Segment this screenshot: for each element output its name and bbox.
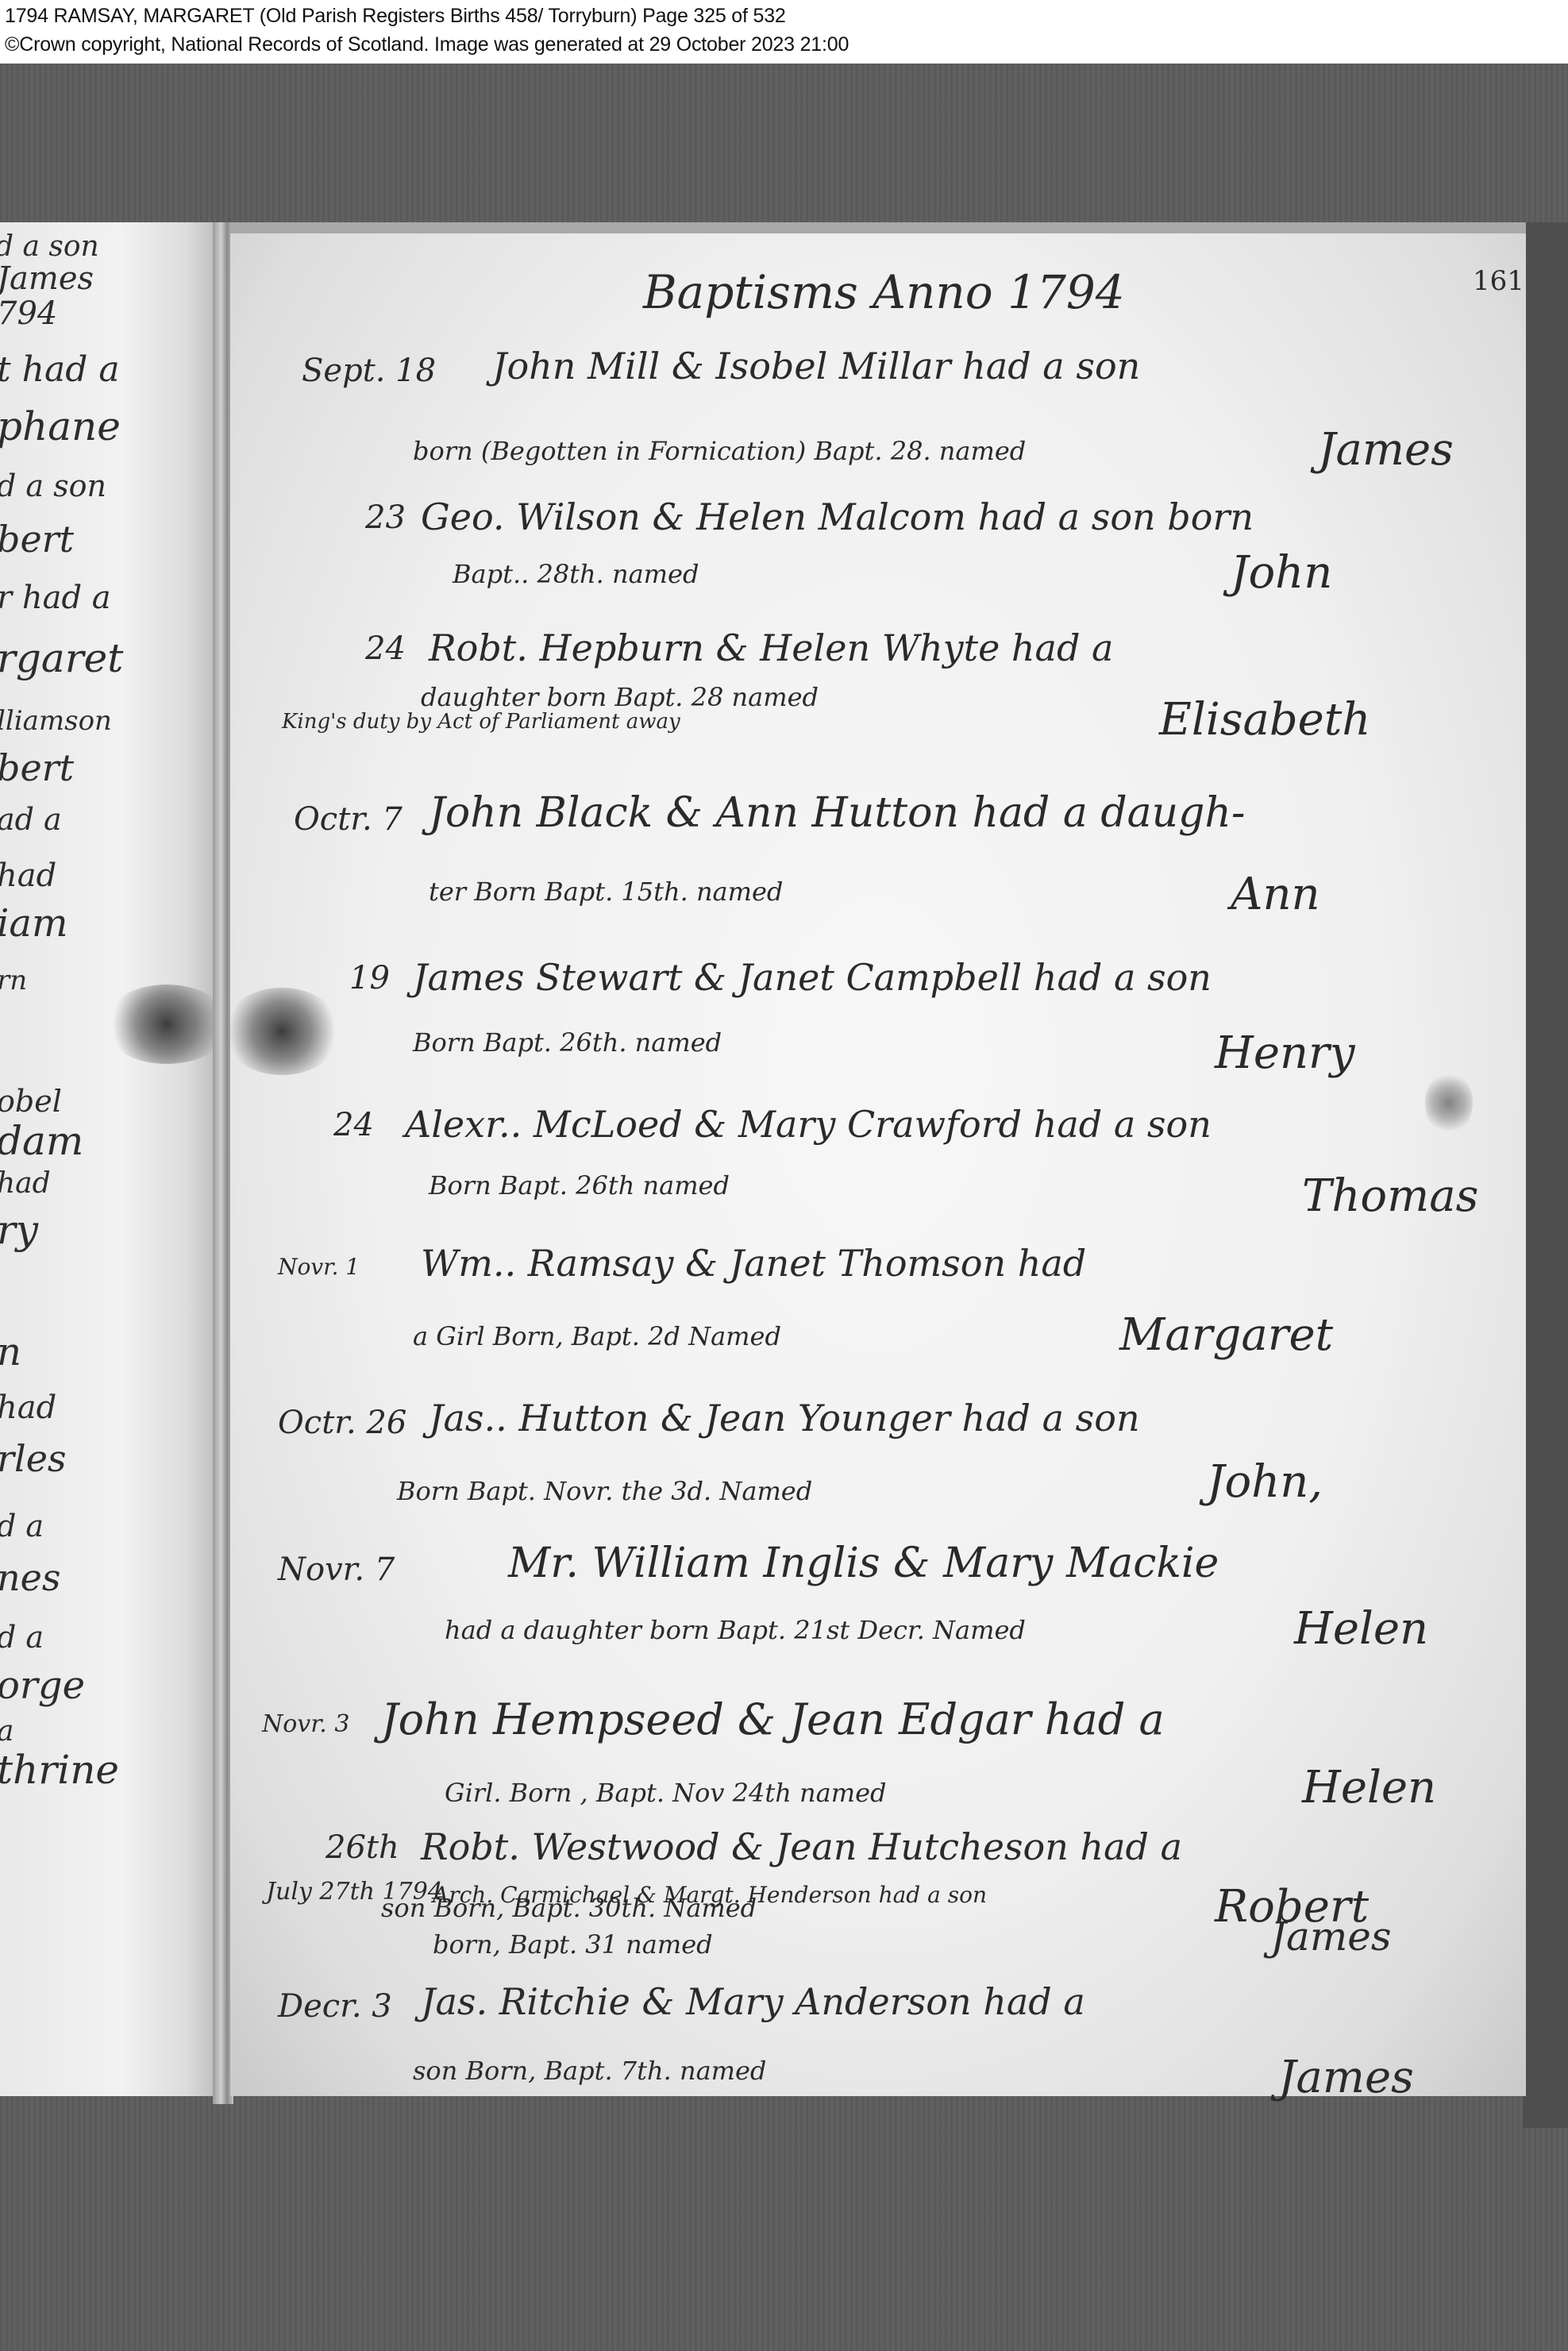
entry-parents: John Mill & Isobel Millar had a son xyxy=(492,345,1140,387)
left-fragment: had xyxy=(0,1389,56,1426)
left-fragment: bert xyxy=(0,518,74,561)
entry-parents: Arch. Carmichael & Margt. Henderson had … xyxy=(433,1882,987,1908)
copyright-notice: ©Crown copyright, National Records of Sc… xyxy=(5,33,849,56)
entry-parents: John Black & Ann Hutton had a daugh- xyxy=(429,789,1245,837)
register-title: Baptisms Anno 1794 xyxy=(643,265,1125,319)
left-fragment: rles xyxy=(0,1437,67,1480)
left-fragment: thrine xyxy=(0,1747,119,1793)
entry-parents: Wm.. Ramsay & Janet Thomson had xyxy=(421,1242,1086,1285)
ink-stain xyxy=(1425,1071,1473,1135)
child-name: Elisabeth xyxy=(1159,694,1370,746)
entry-date: Octr. 7 xyxy=(294,801,403,838)
left-fragment: bert xyxy=(0,746,74,789)
entry-details: Bapt.. 28th. named xyxy=(453,559,699,589)
entry-date: Novr. 7 xyxy=(278,1551,395,1588)
left-fragment: phane xyxy=(0,403,121,449)
entry-date: 24 xyxy=(333,1107,374,1143)
entry-parents: Mr. William Inglis & Mary Mackie xyxy=(508,1540,1219,1587)
left-fragment: n xyxy=(0,1330,21,1374)
left-fragment: 794 xyxy=(0,295,57,332)
left-fragment: rn xyxy=(0,965,27,996)
entry-details: had a daughter born Bapt. 21st Decr. Nam… xyxy=(445,1615,1026,1645)
entry-details: Born Bapt. 26th named xyxy=(429,1170,730,1201)
entry-parents: Jas. Ritchie & Mary Anderson had a xyxy=(421,1980,1085,2023)
entry-parents: John Hempseed & Jean Edgar had a xyxy=(381,1694,1165,1744)
left-fragment: d a xyxy=(0,1509,44,1544)
left-fragment: d a son xyxy=(0,230,99,263)
left-fragment: rgaret xyxy=(0,635,123,681)
entry-parents: Robt. Hepburn & Helen Whyte had a xyxy=(429,626,1113,669)
entry-date: 19 xyxy=(349,960,390,996)
entry-date: Octr. 26 xyxy=(278,1405,406,1441)
child-name: James xyxy=(1278,2052,1414,2103)
left-fragment: t had a xyxy=(0,349,120,390)
left-fragment: iam xyxy=(0,901,67,946)
register-scan-image: d a son James 794 t had a phane d a son … xyxy=(0,64,1568,2351)
left-fragment: r had a xyxy=(0,580,111,616)
entry-date: Novr. 3 xyxy=(262,1710,349,1738)
entry-details: a Girl Born, Bapt. 2d Named xyxy=(413,1321,781,1351)
record-title: 1794 RAMSAY, MARGARET (Old Parish Regist… xyxy=(5,5,786,28)
left-fragment: d a son xyxy=(0,468,106,503)
left-fragment: lliamson xyxy=(0,705,112,737)
entry-date: Novr. 1 xyxy=(278,1254,360,1280)
page-header: 1794 RAMSAY, MARGARET (Old Parish Regist… xyxy=(0,0,1568,64)
child-name: Ann xyxy=(1231,869,1320,920)
entry-details: born (Begotten in Fornication) Bapt. 28.… xyxy=(413,436,1026,466)
entry-details: son Born, Bapt. 7th. named xyxy=(413,2056,766,2086)
entry-date: 23 xyxy=(365,499,406,536)
left-fragment: ry xyxy=(0,1207,38,1253)
left-fragment: James xyxy=(0,260,94,297)
left-fragment: orge xyxy=(0,1663,85,1708)
left-fragment: a xyxy=(0,1715,13,1748)
entry-parents: James Stewart & Janet Campbell had a son xyxy=(413,956,1212,999)
child-name: James xyxy=(1270,1914,1392,1960)
left-fragment: d a xyxy=(0,1620,44,1655)
entry-date: July 27th 1794 xyxy=(266,1878,443,1906)
entry-date: 26th xyxy=(326,1829,399,1866)
folio-number: 161 xyxy=(1473,265,1524,297)
left-fragment: dam xyxy=(0,1118,83,1164)
page-edge-shadow xyxy=(1523,222,1568,2128)
entry-parents: Robt. Westwood & Jean Hutcheson had a xyxy=(421,1825,1182,1868)
child-name: James xyxy=(1318,424,1454,476)
entry-details: Born Bapt. Novr. the 3d. Named xyxy=(397,1476,812,1506)
left-fragment: ad a xyxy=(0,802,62,837)
left-fragment: had xyxy=(0,1167,51,1200)
entry-parents: Jas.. Hutton & Jean Younger had a son xyxy=(429,1397,1140,1440)
child-name: John, xyxy=(1207,1456,1323,1508)
entry-details: Girl. Born , Bapt. Nov 24th named xyxy=(445,1778,886,1808)
left-page: d a son James 794 t had a phane d a son … xyxy=(0,222,221,2096)
left-fragment: had xyxy=(0,858,56,894)
left-fragment: obel xyxy=(0,1084,62,1119)
child-name: Helen xyxy=(1302,1762,1436,1813)
entry-parents: Geo. Wilson & Helen Malcom had a son bor… xyxy=(421,495,1254,538)
child-name: Thomas xyxy=(1302,1170,1478,1222)
margin-note: King's duty by Act of Parliament away xyxy=(282,710,680,734)
ink-stain xyxy=(103,985,230,1064)
entry-details: born, Bapt. 31 named xyxy=(433,1929,713,1960)
right-page: Baptisms Anno 1794 161 Sept. 18 John Mil… xyxy=(230,222,1526,2096)
entry-parents: Alexr.. McLoed & Mary Crawford had a son xyxy=(405,1103,1212,1146)
child-name: Helen xyxy=(1294,1603,1428,1655)
entry-date: Sept. 18 xyxy=(302,353,436,389)
child-name: Margaret xyxy=(1119,1309,1333,1361)
left-fragment: nes xyxy=(0,1556,60,1599)
child-name: John xyxy=(1231,547,1332,599)
entry-details: ter Born Bapt. 15th. named xyxy=(429,877,783,907)
entry-date: 24 xyxy=(365,630,406,667)
child-name: Henry xyxy=(1215,1027,1354,1079)
entry-date: Decr. 3 xyxy=(278,1988,392,2025)
entry-details: daughter born Bapt. 28 named xyxy=(421,682,819,712)
ink-stain xyxy=(222,988,341,1075)
entry-details: Born Bapt. 26th. named xyxy=(413,1027,722,1058)
